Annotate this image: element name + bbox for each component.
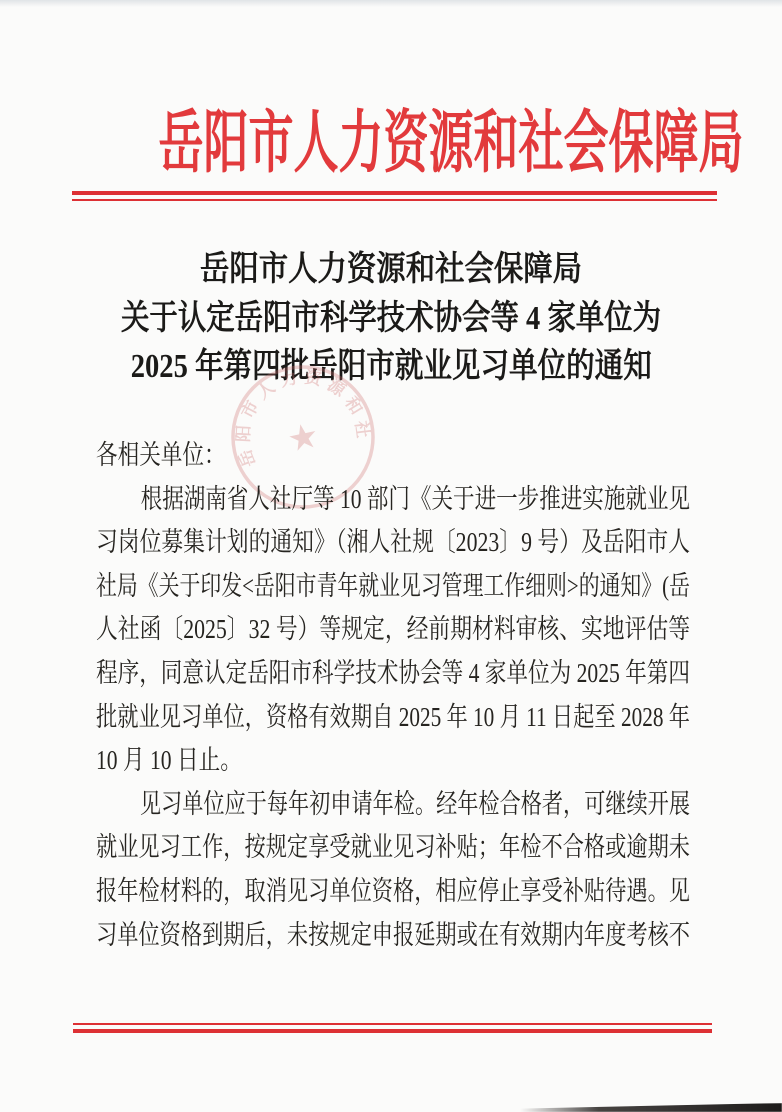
body-line: 批就业见习单位，资格有效期自 2025 年 10 月 11 日起至 2028 年 xyxy=(96,696,690,740)
document-body: 各相关单位： 根据湖南省人社厅等 10 部门《关于进一步推进实施就业见 习岗位募… xyxy=(96,434,690,957)
header-rule-thin xyxy=(72,199,717,201)
header-rule-thick xyxy=(72,191,717,195)
title-line-3: 2025 年第四批岳阳市就业见习单位的通知 xyxy=(131,343,652,392)
body-line: 习岗位募集计划的通知》（湘人社规〔2023〕9 号）及岳阳市人 xyxy=(96,521,690,565)
body-line: 习单位资格到期后，未按规定申报延期或在有效期内年度考核不 xyxy=(96,914,690,958)
footer-rule-thin xyxy=(73,1023,712,1025)
body-line: 程序，同意认定岳阳市科学技术协会等 4 家单位为 2025 年第四 xyxy=(96,652,690,696)
body-line: 根据湖南省人社厅等 10 部门《关于进一步推进实施就业见 xyxy=(96,478,690,522)
scan-edge-shadow xyxy=(520,1103,782,1112)
letterhead: 岳阳市人力资源和社会保障局 xyxy=(0,100,782,186)
body-line: 就业见习工作，按规定享受就业见习补贴；年检不合格或逾期未 xyxy=(96,826,690,870)
document-page: 岳阳市人力资源和社会保障局 岳阳市人力资源和社会保障局 关于认定岳阳市科学技术协… xyxy=(0,0,782,1112)
body-line: 10 月 10 日止。 xyxy=(96,739,242,783)
letterhead-text: 岳阳市人力资源和社会保障局 xyxy=(159,100,744,186)
body-line: 报年检材料的，取消见习单位资格，相应停止享受补贴待遇。见 xyxy=(96,870,690,914)
footer-rule-thick xyxy=(73,1029,712,1033)
title-line-2: 关于认定岳阳市科学技术协会等 4 家单位为 xyxy=(121,295,661,344)
salutation: 各相关单位： xyxy=(96,434,226,478)
title-line-1: 岳阳市人力资源和社会保障局 xyxy=(200,246,582,295)
body-line: 人社函〔2025〕32 号）等规定，经前期材料审核、实地评估等 xyxy=(96,608,690,652)
body-line: 社局《关于印发<岳阳市青年就业见习管理工作细则>的通知》(岳 xyxy=(96,565,690,609)
scan-edge-top xyxy=(0,0,782,7)
body-line: 见习单位应于每年初申请年检。经年检合格者，可继续开展 xyxy=(96,783,690,827)
document-title: 岳阳市人力资源和社会保障局 关于认定岳阳市科学技术协会等 4 家单位为 2025… xyxy=(0,246,782,392)
